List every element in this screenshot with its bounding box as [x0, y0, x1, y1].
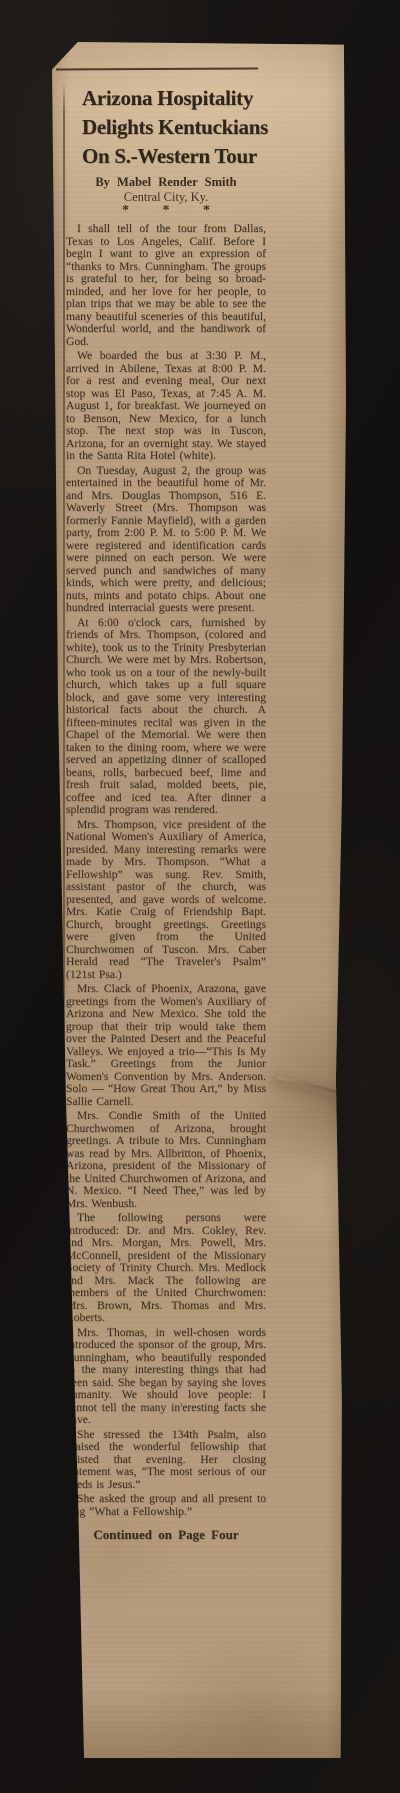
article-body: I shall tell of the tour from Dallas, Te… — [66, 223, 266, 1518]
article-column: Arizona HospitalityDelights KentuckiansO… — [66, 84, 266, 1543]
article-paragraph: Mrs. Clack of Phoenix, Arazona, gave gre… — [66, 983, 266, 1108]
article-paragraph: I shall tell of the tour from Dallas, Te… — [66, 223, 266, 348]
article-paragraph: She asked the group and all present to s… — [66, 1493, 266, 1518]
article-paragraph: On Tuesday, August 2, the group was ente… — [66, 465, 266, 615]
paper-fold-crease — [277, 1076, 346, 1096]
article-paragraph: We boarded the bus at 3:30 P. M., arrive… — [66, 350, 266, 463]
printed-top-rule — [56, 67, 258, 70]
newspaper-clipping: Arizona HospitalityDelights KentuckiansO… — [50, 42, 346, 1758]
article-paragraph: She stressed the 134th Psalm, also prais… — [66, 1429, 266, 1492]
asterisk-separator: * * * — [66, 204, 266, 217]
article-paragraph: Mrs. Condie Smith of the United Churchwo… — [66, 1110, 266, 1210]
article-paragraph: At 6:00 o'clock cars, furnished by frien… — [66, 617, 266, 817]
article-byline: By Mabel Render Smith — [66, 175, 266, 190]
article-paragraph: The following persons were introduced: D… — [66, 1212, 266, 1325]
article-headline: Arizona HospitalityDelights KentuckiansO… — [66, 84, 266, 171]
continued-notice: Continued on Page Four — [66, 1527, 266, 1543]
photo-background: Arizona HospitalityDelights KentuckiansO… — [0, 0, 400, 1793]
article-dateline: Central City, Ky. — [66, 190, 266, 204]
article-paragraph: Mrs. Thomas, in well-chosen words introd… — [66, 1327, 266, 1427]
article-paragraph: Mrs. Thompson, vice president of the Nat… — [66, 819, 266, 982]
column-divider-rule — [63, 82, 65, 1582]
headline-line: Arizona Hospitality — [82, 84, 266, 113]
headline-line: On S.-Western Tour — [82, 142, 266, 171]
headline-line: Delights Kentuckians — [82, 113, 266, 142]
